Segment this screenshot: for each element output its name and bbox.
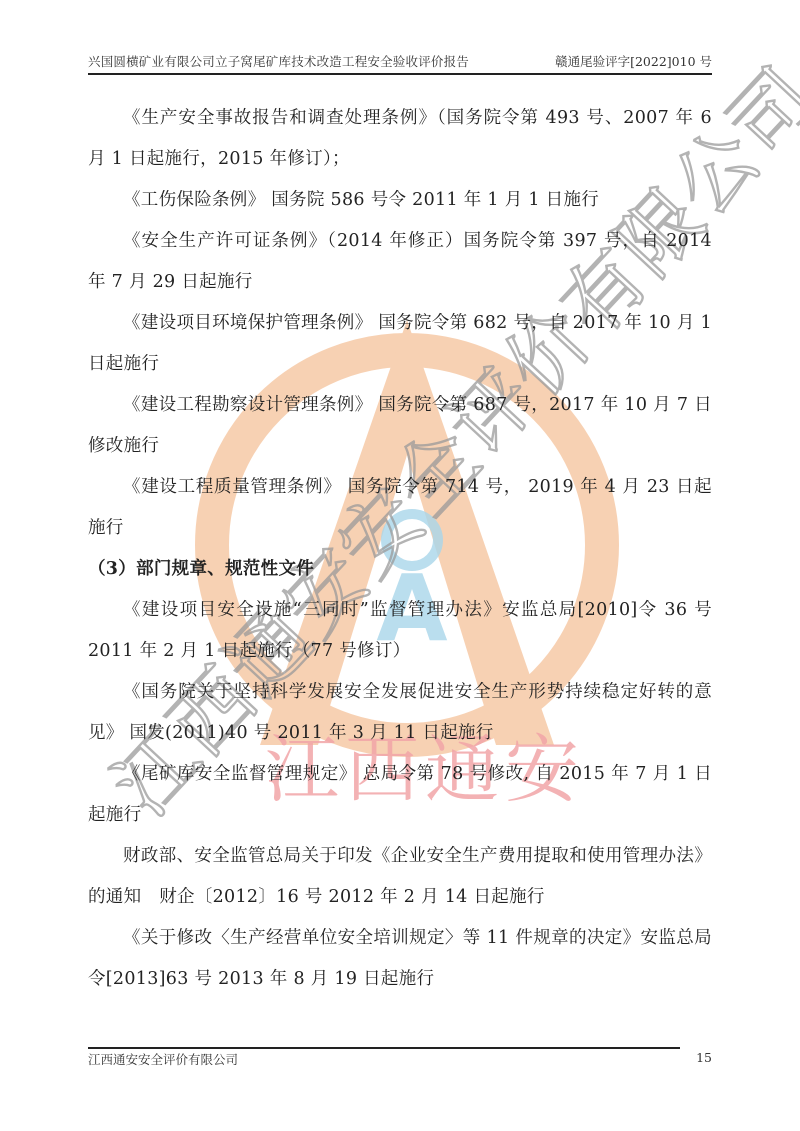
- header-divider: [88, 73, 712, 75]
- page-number: 15: [696, 1050, 712, 1065]
- regulation-item: 《工伤保险条例》 国务院 586 号令 2011 年 1 月 1 日施行: [88, 180, 712, 221]
- page-header: 兴国圆横矿业有限公司立子窝尾矿库技术改造工程安全验收评价报告 赣通尾验评字[20…: [88, 52, 712, 72]
- regulation-item: 《生产安全事故报告和调查处理条例》（国务院令第 493 号、2007 年 6 月…: [88, 98, 712, 180]
- report-title: 兴国圆横矿业有限公司立子窝尾矿库技术改造工程安全验收评价报告: [88, 52, 469, 70]
- section-heading: （3）部门规章、规范性文件: [88, 549, 712, 590]
- regulation-item: 《国务院关于坚持科学发展安全发展促进安全生产形势持续稳定好转的意见》 国发(20…: [88, 672, 712, 754]
- regulation-item: 财政部、安全监管总局关于印发《企业安全生产费用提取和使用管理办法》的通知 财企〔…: [88, 836, 712, 918]
- regulation-item: 《尾矿库安全监督管理规定》 总局令第 78 号修改, 自 2015 年 7 月 …: [88, 754, 712, 836]
- document-number: 赣通尾验评字[2022]010 号: [555, 52, 712, 70]
- footer-divider: [88, 1047, 680, 1049]
- document-page: A 江西通安 江西通安安全评价有限公司 兴国圆横矿业有限公司立子窝尾矿库技术改造…: [0, 0, 800, 1131]
- regulation-item: 《建设工程勘察设计管理条例》 国务院令第 687 号，2017 年 10 月 7…: [88, 385, 712, 467]
- footer-company: 江西通安安全评价有限公司: [88, 1050, 238, 1068]
- regulation-item: 《建设项目安全设施“三同时”监督管理办法》安监总局[2010]令 36 号 20…: [88, 590, 712, 672]
- regulation-item: 《建设项目环境保护管理条例》 国务院令第 682 号，自 2017 年 10 月…: [88, 303, 712, 385]
- regulation-item: 《建设工程质量管理条例》 国务院令第 714 号， 2019 年 4 月 23 …: [88, 467, 712, 549]
- regulation-item: 《关于修改〈生产经营单位安全培训规定〉等 11 件规章的决定》安监总局令[201…: [88, 918, 712, 1000]
- regulation-item: 《安全生产许可证条例》（2014 年修正）国务院令第 397 号，自 2014 …: [88, 221, 712, 303]
- document-body: 《生产安全事故报告和调查处理条例》（国务院令第 493 号、2007 年 6 月…: [88, 98, 712, 1000]
